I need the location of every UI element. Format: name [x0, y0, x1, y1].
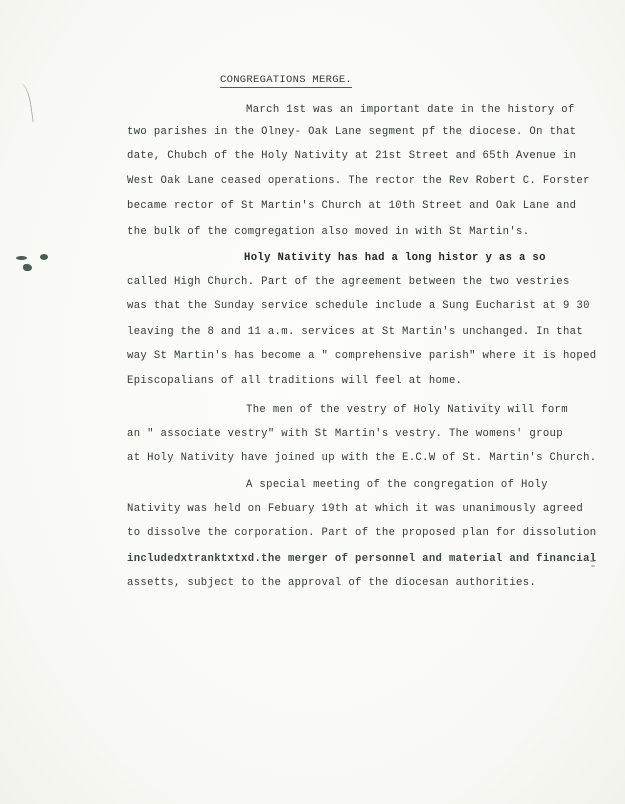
document-title: CONGREGATIONS MERGE. [220, 74, 352, 88]
document-page: CONGREGATIONS MERGE. March 1st was an im… [0, 0, 625, 804]
ink-smudge [16, 256, 27, 260]
text-line: to dissolve the corporation. Part of the… [127, 527, 597, 539]
text-line: the bulk of the comgregation also moved … [127, 226, 529, 238]
text-line: Episcopalians of all traditions will fee… [127, 375, 462, 387]
ink-smudge [23, 264, 32, 271]
text-line: March 1st was an important date in the h… [246, 104, 575, 116]
text-line: includedxtranktxtxd.the merger of person… [127, 553, 597, 565]
text-line: at Holy Nativity have joined up with the… [127, 452, 597, 464]
text-line: date, Chubch of the Holy Nativity at 21s… [127, 150, 576, 162]
text-line: assetts, subject to the approval of the … [127, 577, 536, 589]
text-line: way St Martin's has become a " comprehen… [127, 350, 597, 362]
ink-smudge [40, 254, 48, 260]
ink-speck [590, 560, 595, 562]
text-line: West Oak Lane ceased operations. The rec… [127, 175, 590, 187]
text-line: leaving the 8 and 11 a.m. services at St… [127, 326, 583, 338]
text-line: was that the Sunday service schedule inc… [127, 300, 590, 312]
text-line: two parishes in the Olney- Oak Lane segm… [127, 126, 576, 138]
text-line: an " associate vestry" with St Martin's … [127, 428, 563, 440]
text-line: Holy Nativity has had a long histor y as… [244, 252, 546, 264]
text-line: became rector of St Martin's Church at 1… [127, 200, 576, 212]
text-line: Nativity was held on Febuary 19th at whi… [127, 503, 583, 515]
text-line: The men of the vestry of Holy Nativity w… [246, 404, 568, 416]
ink-speck [591, 565, 595, 567]
text-line: called High Church. Part of the agreemen… [127, 276, 570, 288]
text-line: A special meeting of the congregation of… [246, 479, 548, 491]
pencil-mark [15, 82, 33, 123]
